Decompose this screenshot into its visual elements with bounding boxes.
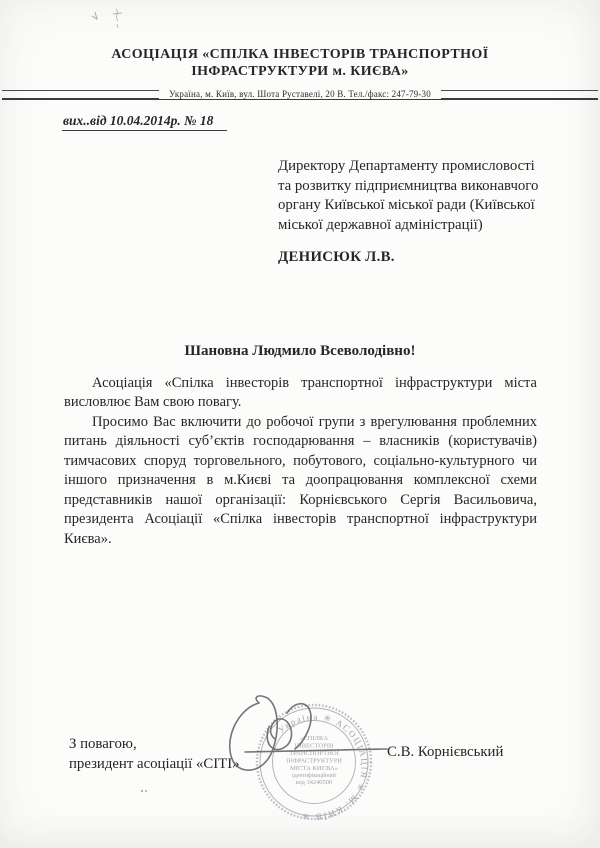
org-address-row: Україна, м. Київ, вул. Шота Руставелі, 2… [0, 84, 600, 95]
letter-page: АСОЦІАЦІЯ «СПІЛКА ІНВЕСТОРІВ ТРАНСПОРТНО… [0, 0, 600, 848]
body-line: представників нашої організації: Корнієв… [64, 491, 537, 511]
org-address: Україна, м. Київ, вул. Шота Руставелі, 2… [159, 89, 441, 99]
body-line: іншого призначення в м.Києві та доопрацю… [64, 471, 537, 491]
recipient-line: міської державної адміністрації) [278, 216, 568, 236]
scan-artifact-dots [141, 790, 143, 792]
body-line: висловлює Вам свою повагу. [64, 393, 537, 413]
paragraph-2: Просимо Вас включити до робочої групи з … [64, 413, 537, 550]
body-line: президента Асоціації «Спілка інвесторів … [64, 510, 537, 530]
org-title: АСОЦІАЦІЯ «СПІЛКА ІНВЕСТОРІВ ТРАНСПОРТНО… [0, 47, 600, 80]
handwritten-signature [215, 683, 405, 798]
body-line: Асоціація «Спілка інвесторів транспортно… [64, 374, 537, 394]
recipient-block: Директору Департаменту промисловості та … [278, 157, 568, 268]
salutation: Шановна Людмило Всеволодівно! [0, 342, 600, 361]
recipient-name: ДЕНИСЮК Л.В. [278, 248, 568, 268]
paragraph-1: Асоціація «Спілка інвесторів транспортно… [64, 374, 537, 413]
recipient-line: органу Київської міської ради (Київської [278, 196, 568, 216]
scan-artifact-mark [88, 6, 138, 32]
body-line: Києва». [64, 530, 537, 550]
recipient-line: Директору Департаменту промисловості [278, 157, 568, 177]
org-title-line1: АСОЦІАЦІЯ «СПІЛКА ІНВЕСТОРІВ ТРАНСПОРТНО… [0, 47, 600, 64]
body-line: питань діяльності суб’єктів господарюван… [64, 432, 537, 452]
recipient-line: та розвитку підприємництва виконавчого [278, 177, 568, 197]
body-line: Просимо Вас включити до робочої групи з … [64, 413, 537, 433]
body-line: тимчасових споруд торговельного, побутов… [64, 452, 537, 472]
reference-line: вих..від 10.04.2014р. № 18 [62, 113, 227, 131]
org-title-line2: ІНФРАСТРУКТУРИ м. КИЄВА» [0, 64, 600, 81]
